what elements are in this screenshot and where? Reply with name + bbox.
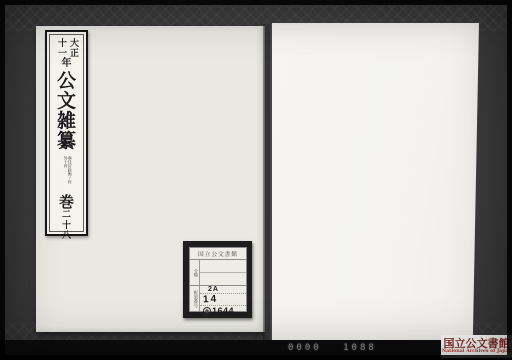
- archival-scan: 十一 大正 年 公 文 雑 纂 奏任官銓衡ノ件外十件 巻 二 十 八 国立公文書…: [0, 0, 512, 360]
- volume-block: 巻 二 十 八: [59, 194, 74, 242]
- classification-row-empty: [200, 260, 246, 273]
- shelf-rows: 2A 14 1644: [200, 286, 246, 311]
- shelf-row: 2A: [200, 286, 246, 294]
- watermark-english: National Archives of Japan: [441, 349, 511, 354]
- classification-section: 分類: [190, 260, 246, 286]
- volume-prefix: 巻: [59, 194, 74, 211]
- book-spine-seam: [263, 24, 272, 342]
- title-char: 文: [57, 92, 76, 112]
- frame-counter-group: 0000: [288, 343, 322, 353]
- title-label: 十一 大正 年 公 文 雑 纂 奏任官銓衡ノ件外十件 巻 二 十 八: [45, 30, 88, 236]
- shelf-value: 2A: [203, 286, 219, 293]
- classification-label: 分類: [192, 268, 197, 277]
- catalog-sticker: 国立公文書館 分類 配架番号 2A 14: [189, 247, 247, 312]
- archive-watermark: 国立公文書館 National Archives of Japan: [441, 335, 512, 358]
- classification-row-empty: [200, 273, 246, 285]
- subtitle-text: 奏任官銓衡ノ件外十件: [63, 156, 71, 186]
- volume-digit: 十: [59, 221, 74, 231]
- volume-digit: 八: [59, 231, 74, 241]
- sticker-header: 国立公文書館: [190, 248, 246, 260]
- film-bottom-bar: 0000 1088: [0, 340, 512, 360]
- sticker-header-text: 国立公文書館: [198, 249, 238, 258]
- shelf-row: 1644: [200, 306, 246, 316]
- era-col-left: 十一: [56, 38, 65, 58]
- title-char: 公: [57, 72, 76, 92]
- book-page: [272, 23, 479, 342]
- classification-label-cell: 分類: [190, 260, 200, 285]
- shelf-label-cell: 配架番号: [190, 286, 200, 311]
- era-year-char: 年: [62, 59, 72, 69]
- frame-counter: 0000 1088: [288, 343, 390, 353]
- title-char: 纂: [57, 132, 76, 152]
- classification-rows: [200, 260, 246, 285]
- era-col-right: 大正: [68, 38, 77, 58]
- shelf-value: 1644: [212, 306, 234, 316]
- shelf-label: 配架番号: [192, 290, 197, 307]
- subtitle-wrap: 奏任官銓衡ノ件外十件: [62, 156, 72, 194]
- volume-digit: 二: [59, 210, 74, 220]
- title-char: 雑: [57, 112, 76, 132]
- title-characters: 公 文 雑 纂: [57, 72, 76, 152]
- shelf-value-handwritten: 14: [203, 294, 219, 306]
- shelf-row: 14: [200, 294, 246, 306]
- frame-counter-group: 1088: [343, 343, 377, 353]
- shelf-number-section: 配架番号 2A 14 1644: [190, 286, 246, 311]
- circled-stamp-icon: [203, 307, 211, 315]
- era-date-block: 十一 大正: [56, 38, 77, 58]
